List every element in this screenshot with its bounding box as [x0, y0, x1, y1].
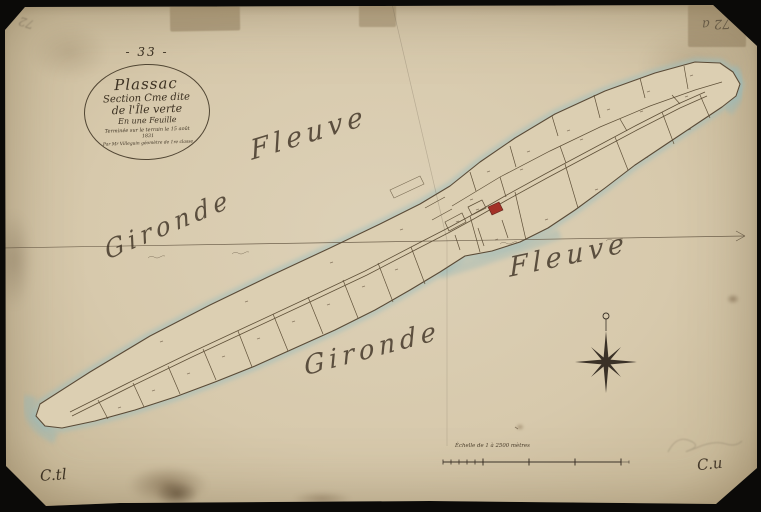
map-sheet: - 33 - Plassac Section Cme dite de l'Île… — [0, 0, 761, 512]
sheet-number: - 33 - — [103, 45, 191, 59]
signature-bottom-right: C.u — [696, 454, 723, 475]
pencil-scribble — [668, 439, 742, 452]
compass-rose — [575, 313, 637, 393]
scale-label: Échelle de 1 à 2500 mètres — [455, 443, 530, 449]
signature-bottom-left: C.tl — [39, 465, 67, 485]
cartouche-year: 1831 — [142, 133, 154, 138]
cartouche-feuille: En une Feuille — [118, 115, 177, 127]
scale-bar — [443, 459, 629, 466]
cartouche-surveyor: Par Mr Villeguin géomètre de 1re classe — [103, 139, 193, 147]
pencil-mark-top-right: 72 a — [702, 16, 731, 32]
map-photo: - 33 - Plassac Section Cme dite de l'Île… — [0, 0, 761, 512]
north-circle — [603, 313, 609, 319]
